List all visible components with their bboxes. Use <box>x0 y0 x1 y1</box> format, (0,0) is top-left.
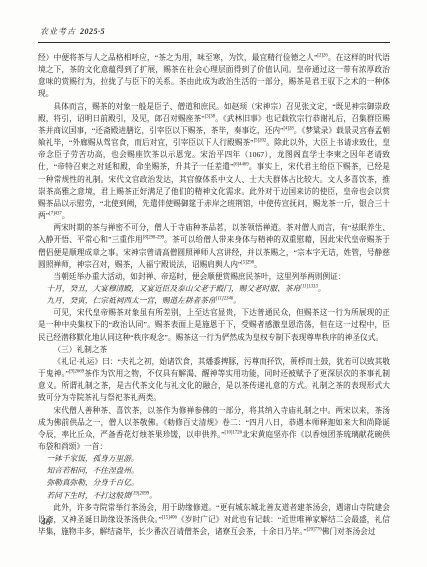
citation-superscript: [11]2346 <box>216 297 234 302</box>
paragraph: 《礼记·礼运》曰：“夫礼之初，始诸饮食，其燔黍捭豚，污尊而抔饮，蒉桴而土鼓，犹若… <box>38 356 390 405</box>
citation-superscript: [5]298 <box>241 260 254 265</box>
text-run: 十月，癸丑，大宴穆清殿，又宴近臣及泰山父老于殿门，赐父老时服、茶帛 <box>46 284 300 293</box>
citation-superscript: [11]1333 <box>300 284 318 289</box>
text-run: 。 <box>149 491 157 500</box>
citation-superscript: [2]26 <box>317 53 327 58</box>
text-run: 。 <box>233 296 241 305</box>
paragraph: 此外，许多寺院常举行茶汤会，用于助缘修道。“更有城东城北善友道者建茶汤会，遇诸山… <box>38 502 390 538</box>
paragraph: 具体而言，赐茶的对象一般是臣子、僧道和庶民。如赵顼（宋神宗）召见张文定，“既见神… <box>38 101 390 223</box>
poem-line: 弥勒真弥勒，分身千百亿。 <box>38 477 390 489</box>
paragraph: 可见，宋代皇帝赐茶对象虽有所差别，上至达官显贵，下达普通民众，但赐茶这一行为所展… <box>38 307 390 343</box>
header-rule <box>38 42 390 43</box>
text-run: 当朝廷举办重大活动，如封禅、帝巡时，便会顺便赏赐庶民茶叶，这里列举两则例证： <box>53 272 345 281</box>
block-quote-line: 十月，癸丑，大宴穆清殿，又宴近臣及泰山父老于殿门，赐父老时服、茶帛[11]133… <box>38 283 390 295</box>
poem-line: 若问下生时，不打这般箇[19]2099。 <box>38 490 390 502</box>
paragraph: 两宋时期的茶与禅密不可分，僧人于寺庙种茶品茗，以茶领悟禅道。茶对僧人而言，有“祛… <box>38 222 390 271</box>
text-run: 知音若相问，不住涅盘州。 <box>46 466 138 475</box>
citation-superscript: [15]406 <box>162 515 177 520</box>
citation-superscript: [10]1726 <box>225 430 242 435</box>
citation-superscript: [9]2669 <box>69 370 84 375</box>
text-run: 。 <box>254 260 262 269</box>
text-run: 。 <box>318 284 326 293</box>
citation-superscript: [4]28 <box>283 126 293 131</box>
text-run: 。 <box>62 211 70 220</box>
journal-title: 农业考古 <box>40 27 76 36</box>
paragraph: 当朝廷举办重大活动，如封禅、帝巡时，便会顺便赏赐庶民茶叶，这里列举两则例证： <box>38 271 390 283</box>
text-run: 可见，宋代皇帝赐茶对象虽有所差别，上至达官显贵，下达普通民众，但赐茶这一行为所展… <box>38 308 390 341</box>
text-run: 九月，癸寅，仁宗祗祠西太一宫，赐道左耕者茶帛 <box>46 296 215 305</box>
journal-issue: 2025·5 <box>80 27 105 36</box>
text-run: 茶作为饮用之物，不仅具有解渴、醒神等实用功能，同时还被赋予了更深层次的茶事礼制意… <box>38 369 390 402</box>
text-run: 佛门对茶汤会过 <box>322 527 376 536</box>
citation-superscript: [19]2099 <box>131 491 149 496</box>
page-number: 46 <box>41 518 51 528</box>
text-run: 若问下生时，不打这般箇 <box>46 491 131 500</box>
citation-superscript: [6]4469 <box>234 163 249 168</box>
section-heading: （三）礼制之茶 <box>38 344 390 356</box>
citation-superscript: [8]298-299 <box>143 236 164 241</box>
citation-superscript: [7]437 <box>49 211 62 216</box>
text-run: 经）中便将茶与人之品格相呼应，“茶之为用，味至寒，为饮，最宜精行俭德之人” <box>38 53 317 62</box>
citation-superscript: [5]202 <box>254 139 267 144</box>
poem-line: 知音若相问，不住涅盘州。 <box>38 465 390 477</box>
text-run: 一钵千家饭，孤身万里游。 <box>46 454 138 463</box>
journal-page: 农业考古2025·5 经）中便将茶与人之品格相呼应，“茶之为用，味至寒，为饮，最… <box>0 0 427 567</box>
block-quote-line: 九月，癸寅，仁宗祗祠西太一宫，赐道左耕者茶帛[11]2346。 <box>38 295 390 307</box>
article-body: 经）中便将茶与人之品格相呼应，“茶之为用，味至寒，为饮，最宜精行俭德之人”[2]… <box>38 52 390 538</box>
text-run: 弥勒真弥勒，分身千百亿。 <box>46 478 138 487</box>
paragraph: 宋代僧人善种茶、喜饮茶，以茶作为修禅参佛的一部分，将其纳入寺庙礼制之中。两宋以来… <box>38 405 390 454</box>
poem-line: 一钵千家饭，孤身万里游。 <box>38 453 390 465</box>
paragraph: 经）中便将茶与人之品格相呼应，“茶之为用，味至寒，为饮，最宜精行俭德之人”[2]… <box>38 52 390 101</box>
citation-superscript: [3]38 <box>205 114 215 119</box>
running-header: 农业考古2025·5 <box>38 26 390 37</box>
citation-superscript: [20]776 <box>307 528 322 533</box>
text-run: （三）礼制之茶 <box>53 345 107 354</box>
